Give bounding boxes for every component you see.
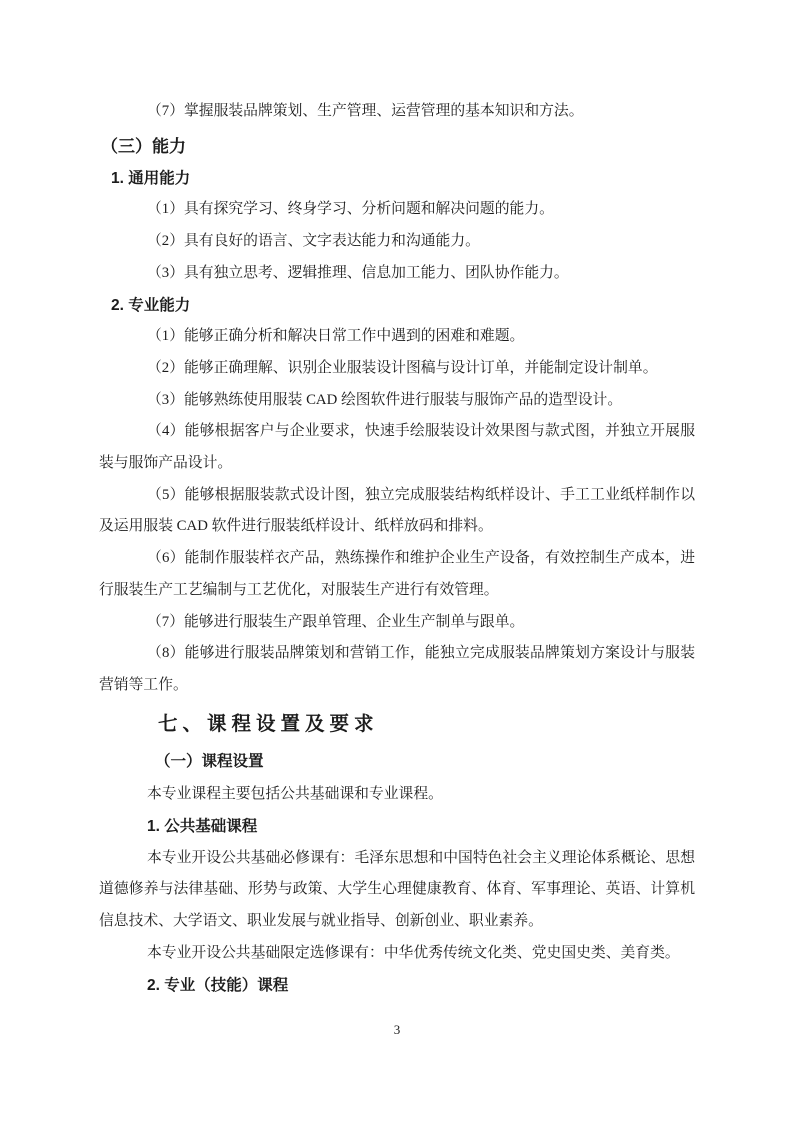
list-item-paragraph: （3）具有独立思考、逻辑推理、信息加工能力、团队协作能力。 xyxy=(99,258,695,290)
list-item-paragraph: （2）具有良好的语言、文字表达能力和沟通能力。 xyxy=(99,226,695,258)
subsection-heading: （三）能力 xyxy=(99,131,695,163)
list-item-paragraph: （5）能够根据服装款式设计图，独立完成服装结构纸样设计、手工工业纸样制作以及运用… xyxy=(99,480,695,543)
body-paragraph: 本专业开设公共基础限定选修课有：中华优秀传统文化类、党史国史类、美育类。 xyxy=(99,938,695,970)
section-heading: （一）课程设置 xyxy=(99,746,695,778)
document-body: （7）掌握服装品牌策划、生产管理、运营管理的基本知识和方法。（三）能力1. 通用… xyxy=(99,0,695,1001)
document-page: （7）掌握服装品牌策划、生产管理、运营管理的基本知识和方法。（三）能力1. 通用… xyxy=(0,0,794,1123)
list-item-paragraph: （2）能够正确理解、识别企业服装设计图稿与设计订单，并能制定设计制单。 xyxy=(99,353,695,385)
list-item-paragraph: （3）能够熟练使用服装 CAD 绘图软件进行服装与服饰产品的造型设计。 xyxy=(99,385,695,417)
numbered-subheading: 2. 专业（技能）课程 xyxy=(99,970,695,1002)
list-item-paragraph: （7）能够进行服装生产跟单管理、企业生产制单与跟单。 xyxy=(99,607,695,639)
numbered-subheading: 1. 通用能力 xyxy=(99,163,695,195)
chapter-heading: 七、课程设置及要求 xyxy=(99,707,695,741)
numbered-subheading: 2. 专业能力 xyxy=(99,290,695,322)
list-item-paragraph: （1）具有探究学习、终身学习、分析问题和解决问题的能力。 xyxy=(99,194,695,226)
list-item-paragraph: （4）能够根据客户与企业要求，快速手绘服装设计效果图与款式图，并独立开展服装与服… xyxy=(99,416,695,479)
list-item-paragraph: （1）能够正确分析和解决日常工作中遇到的困难和难题。 xyxy=(99,321,695,353)
body-paragraph: 本专业开设公共基础必修课有：毛泽东思想和中国特色社会主义理论体系概论、思想道德修… xyxy=(99,843,695,938)
numbered-subheading: 1. 公共基础课程 xyxy=(99,811,695,843)
body-paragraph: 本专业课程主要包括公共基础课和专业课程。 xyxy=(99,779,695,811)
list-item-paragraph: （8）能够进行服装品牌策划和营销工作，能独立完成服装品牌策划方案设计与服装营销等… xyxy=(99,638,695,701)
list-item-paragraph: （7）掌握服装品牌策划、生产管理、运营管理的基本知识和方法。 xyxy=(99,96,695,128)
page-number: 3 xyxy=(0,1022,794,1038)
list-item-paragraph: （6）能制作服装样衣产品，熟练操作和维护企业生产设备，有效控制生产成本，进行服装… xyxy=(99,543,695,606)
